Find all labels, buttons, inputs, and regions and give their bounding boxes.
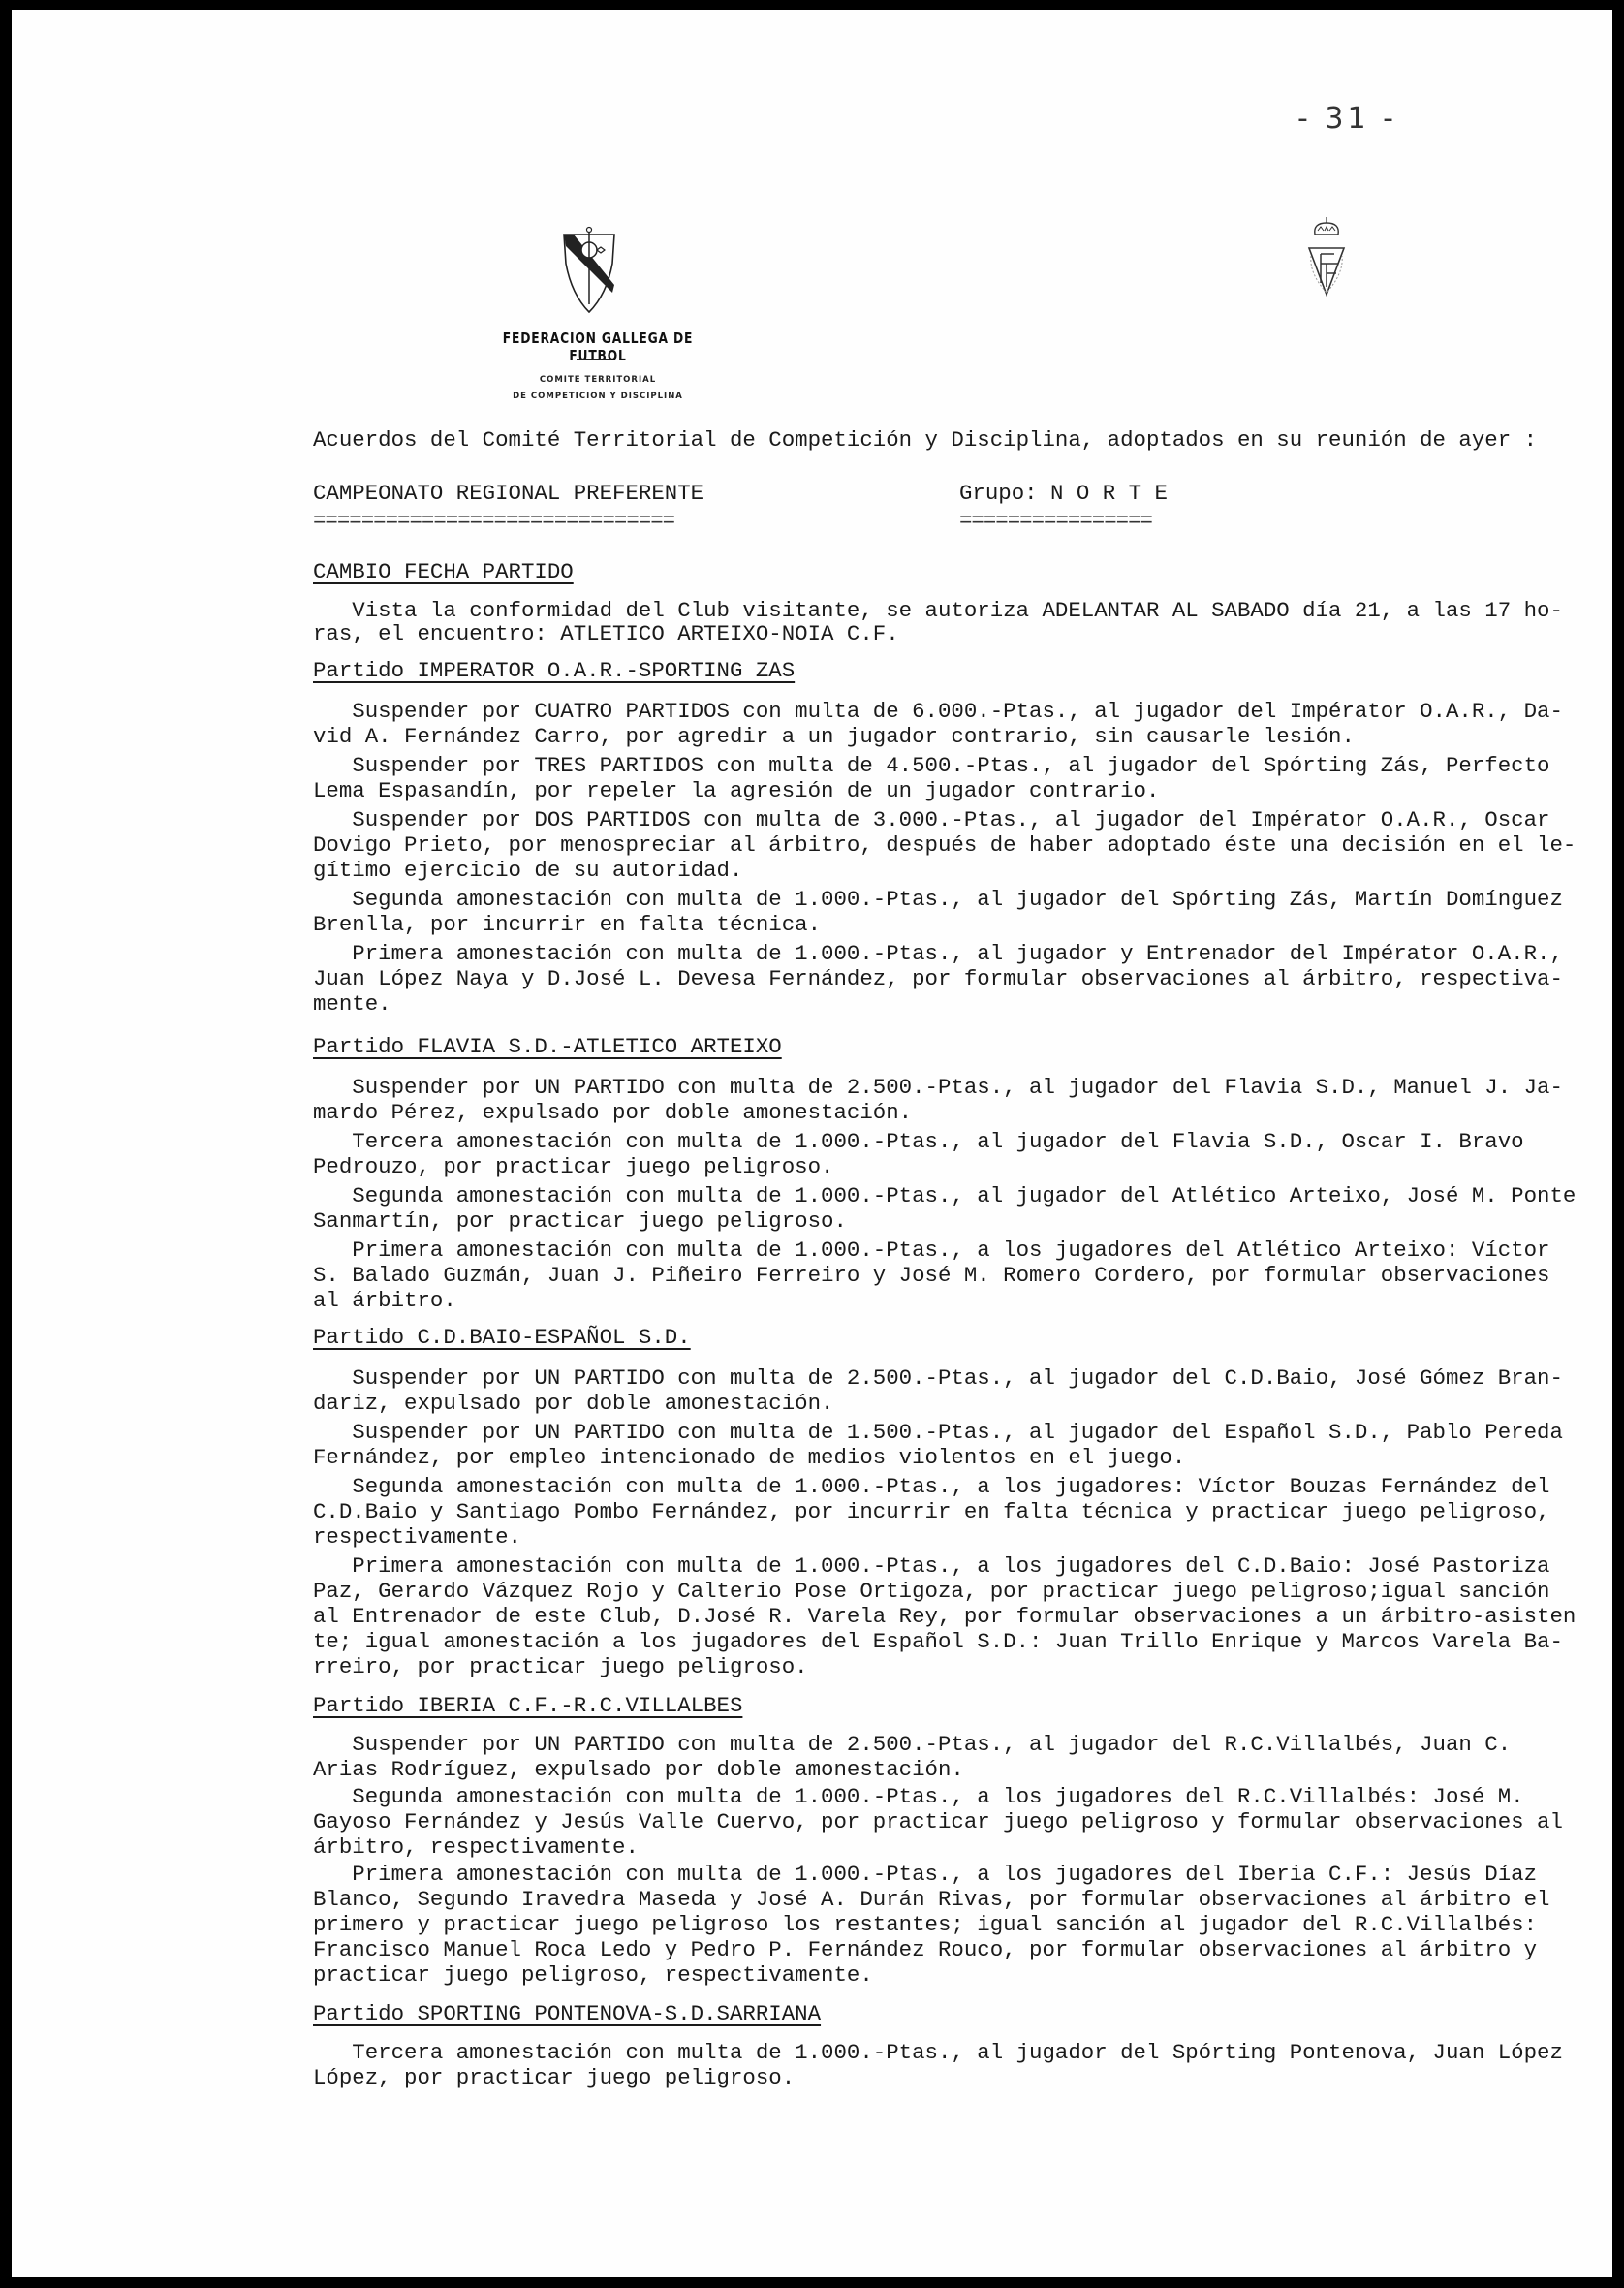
text-line: Fernández, por empleo intencionado de me…	[313, 1446, 1185, 1469]
group-rule: ================	[959, 509, 1152, 532]
text-line: Sanmartín, por practicar juego peligroso…	[313, 1209, 847, 1233]
text-line: primero y practicar juego peligroso los …	[313, 1913, 1537, 1936]
text-line: Primera amonestación con multa de 1.000.…	[313, 1238, 1549, 1262]
committee-name-line1: COMITE TERRITORIAL	[453, 375, 743, 385]
text-line: Suspender por DOS PARTIDOS con multa de …	[313, 808, 1549, 831]
text-line: Segunda amonestación con multa de 1.000.…	[313, 1785, 1524, 1808]
text-line: Primera amonestación con multa de 1.000.…	[313, 1863, 1537, 1886]
text-line: Suspender por TRES PARTIDOS con multa de…	[313, 754, 1549, 777]
text-line: López, por practicar juego peligroso.	[313, 2066, 795, 2089]
document-page: - 31 - FEDERACION GALLEGA DE FUTBOL COMI…	[12, 10, 1612, 2277]
section-heading: Partido SPORTING PONTENOVA-S.D.SARRIANA	[313, 2002, 821, 2025]
championship-name: CAMPEONATO REGIONAL PREFERENTE	[313, 482, 703, 505]
text-line: Pedrouzo, por practicar juego peligroso.	[313, 1155, 833, 1178]
text-line: árbitro, respectivamente.	[313, 1835, 639, 1859]
text-line: Vista la conformidad del Club visitante,…	[313, 599, 1563, 622]
text-line: al Entrenador de este Club, D.José R. Va…	[313, 1605, 1576, 1628]
spanish-football-federation-crown-emblem-icon	[1305, 215, 1348, 297]
championship-rule: ==============================	[313, 509, 674, 532]
text-line: Suspender por UN PARTIDO con multa de 2.…	[313, 1366, 1563, 1390]
text-line: Arias Rodríguez, expulsado por doble amo…	[313, 1758, 964, 1781]
text-line: Primera amonestación con multa de 1.000.…	[313, 1554, 1549, 1578]
text-line: Paz, Gerardo Vázquez Rojo y Calterio Pos…	[313, 1580, 1549, 1603]
text-line: Blanco, Segundo Iravedra Maseda y José A…	[313, 1888, 1549, 1911]
text-line: Brenlla, por incurrir en falta técnica.	[313, 913, 821, 936]
text-line: C.D.Baio y Santiago Pombo Fernández, por…	[313, 1500, 1549, 1523]
group-name: Grupo: N O R T E	[959, 482, 1168, 505]
intro-text: Acuerdos del Comité Territorial de Compe…	[313, 428, 1537, 452]
text-line: Segunda amonestación con multa de 1.000.…	[313, 888, 1563, 911]
document-body: Acuerdos del Comité Territorial de Compe…	[313, 10, 365, 1874]
text-line: te; igual amonestación a los jugadores d…	[313, 1630, 1563, 1653]
text-line: Juan López Naya y D.José L. Devesa Ferná…	[313, 967, 1563, 990]
text-line: Dovigo Prieto, por menospreciar al árbit…	[313, 833, 1576, 857]
text-line: rreiro, por practicar juego peligroso.	[313, 1655, 808, 1678]
text-line: Tercera amonestación con multa de 1.000.…	[313, 1130, 1524, 1153]
text-line: Lema Espasandín, por repeler la agresión…	[313, 779, 1159, 802]
text-line: Primera amonestación con multa de 1.000.…	[313, 942, 1563, 965]
text-line: Suspender por UN PARTIDO con multa de 2.…	[313, 1076, 1563, 1099]
text-line: Suspender por CUATRO PARTIDOS con multa …	[313, 700, 1563, 723]
text-line: dariz, expulsado por doble amonestación.	[313, 1392, 833, 1415]
text-line: ras, el encuentro: ATLETICO ARTEIXO-NOIA…	[313, 622, 899, 645]
text-line: S. Balado Guzmán, Juan J. Piñeiro Ferrei…	[313, 1264, 1549, 1287]
text-line: gítimo ejercicio de su autoridad.	[313, 859, 742, 882]
text-line: Suspender por UN PARTIDO con multa de 1.…	[313, 1421, 1563, 1444]
section-heading: Partido FLAVIA S.D.-ATLETICO ARTEIXO	[313, 1035, 782, 1058]
text-line: al árbitro.	[313, 1289, 456, 1312]
text-line: Gayoso Fernández y Jesús Valle Cuervo, p…	[313, 1810, 1563, 1834]
text-line: Suspender por UN PARTIDO con multa de 2.…	[313, 1733, 1511, 1756]
galician-football-federation-shield-icon	[562, 225, 616, 314]
section-heading: Partido IMPERATOR O.A.R.-SPORTING ZAS	[313, 659, 795, 682]
page-number: - 31 -	[1297, 102, 1397, 136]
section-heading: Partido IBERIA C.F.-R.C.VILLALBES	[313, 1694, 742, 1717]
text-line: respectivamente.	[313, 1525, 521, 1549]
text-line: Francisco Manuel Roca Ledo y Pedro P. Fe…	[313, 1938, 1537, 1961]
text-line: vid A. Fernández Carro, por agredir a un…	[313, 725, 1355, 748]
text-line: Segunda amonestación con multa de 1.000.…	[313, 1184, 1576, 1207]
section-heading: CAMBIO FECHA PARTIDO	[313, 560, 574, 583]
text-line: mardo Pérez, expulsado por doble amonest…	[313, 1101, 912, 1124]
text-line: practicar juego peligroso, respectivamen…	[313, 1963, 873, 1987]
text-line: mente.	[313, 992, 391, 1016]
committee-name-line2: DE COMPETICION Y DISCIPLINA	[453, 392, 743, 401]
text-line: Tercera amonestación con multa de 1.000.…	[313, 2041, 1563, 2064]
divider	[577, 359, 611, 360]
section-heading: Partido C.D.BAIO-ESPAÑOL S.D.	[313, 1326, 691, 1349]
text-line: Segunda amonestación con multa de 1.000.…	[313, 1475, 1549, 1498]
